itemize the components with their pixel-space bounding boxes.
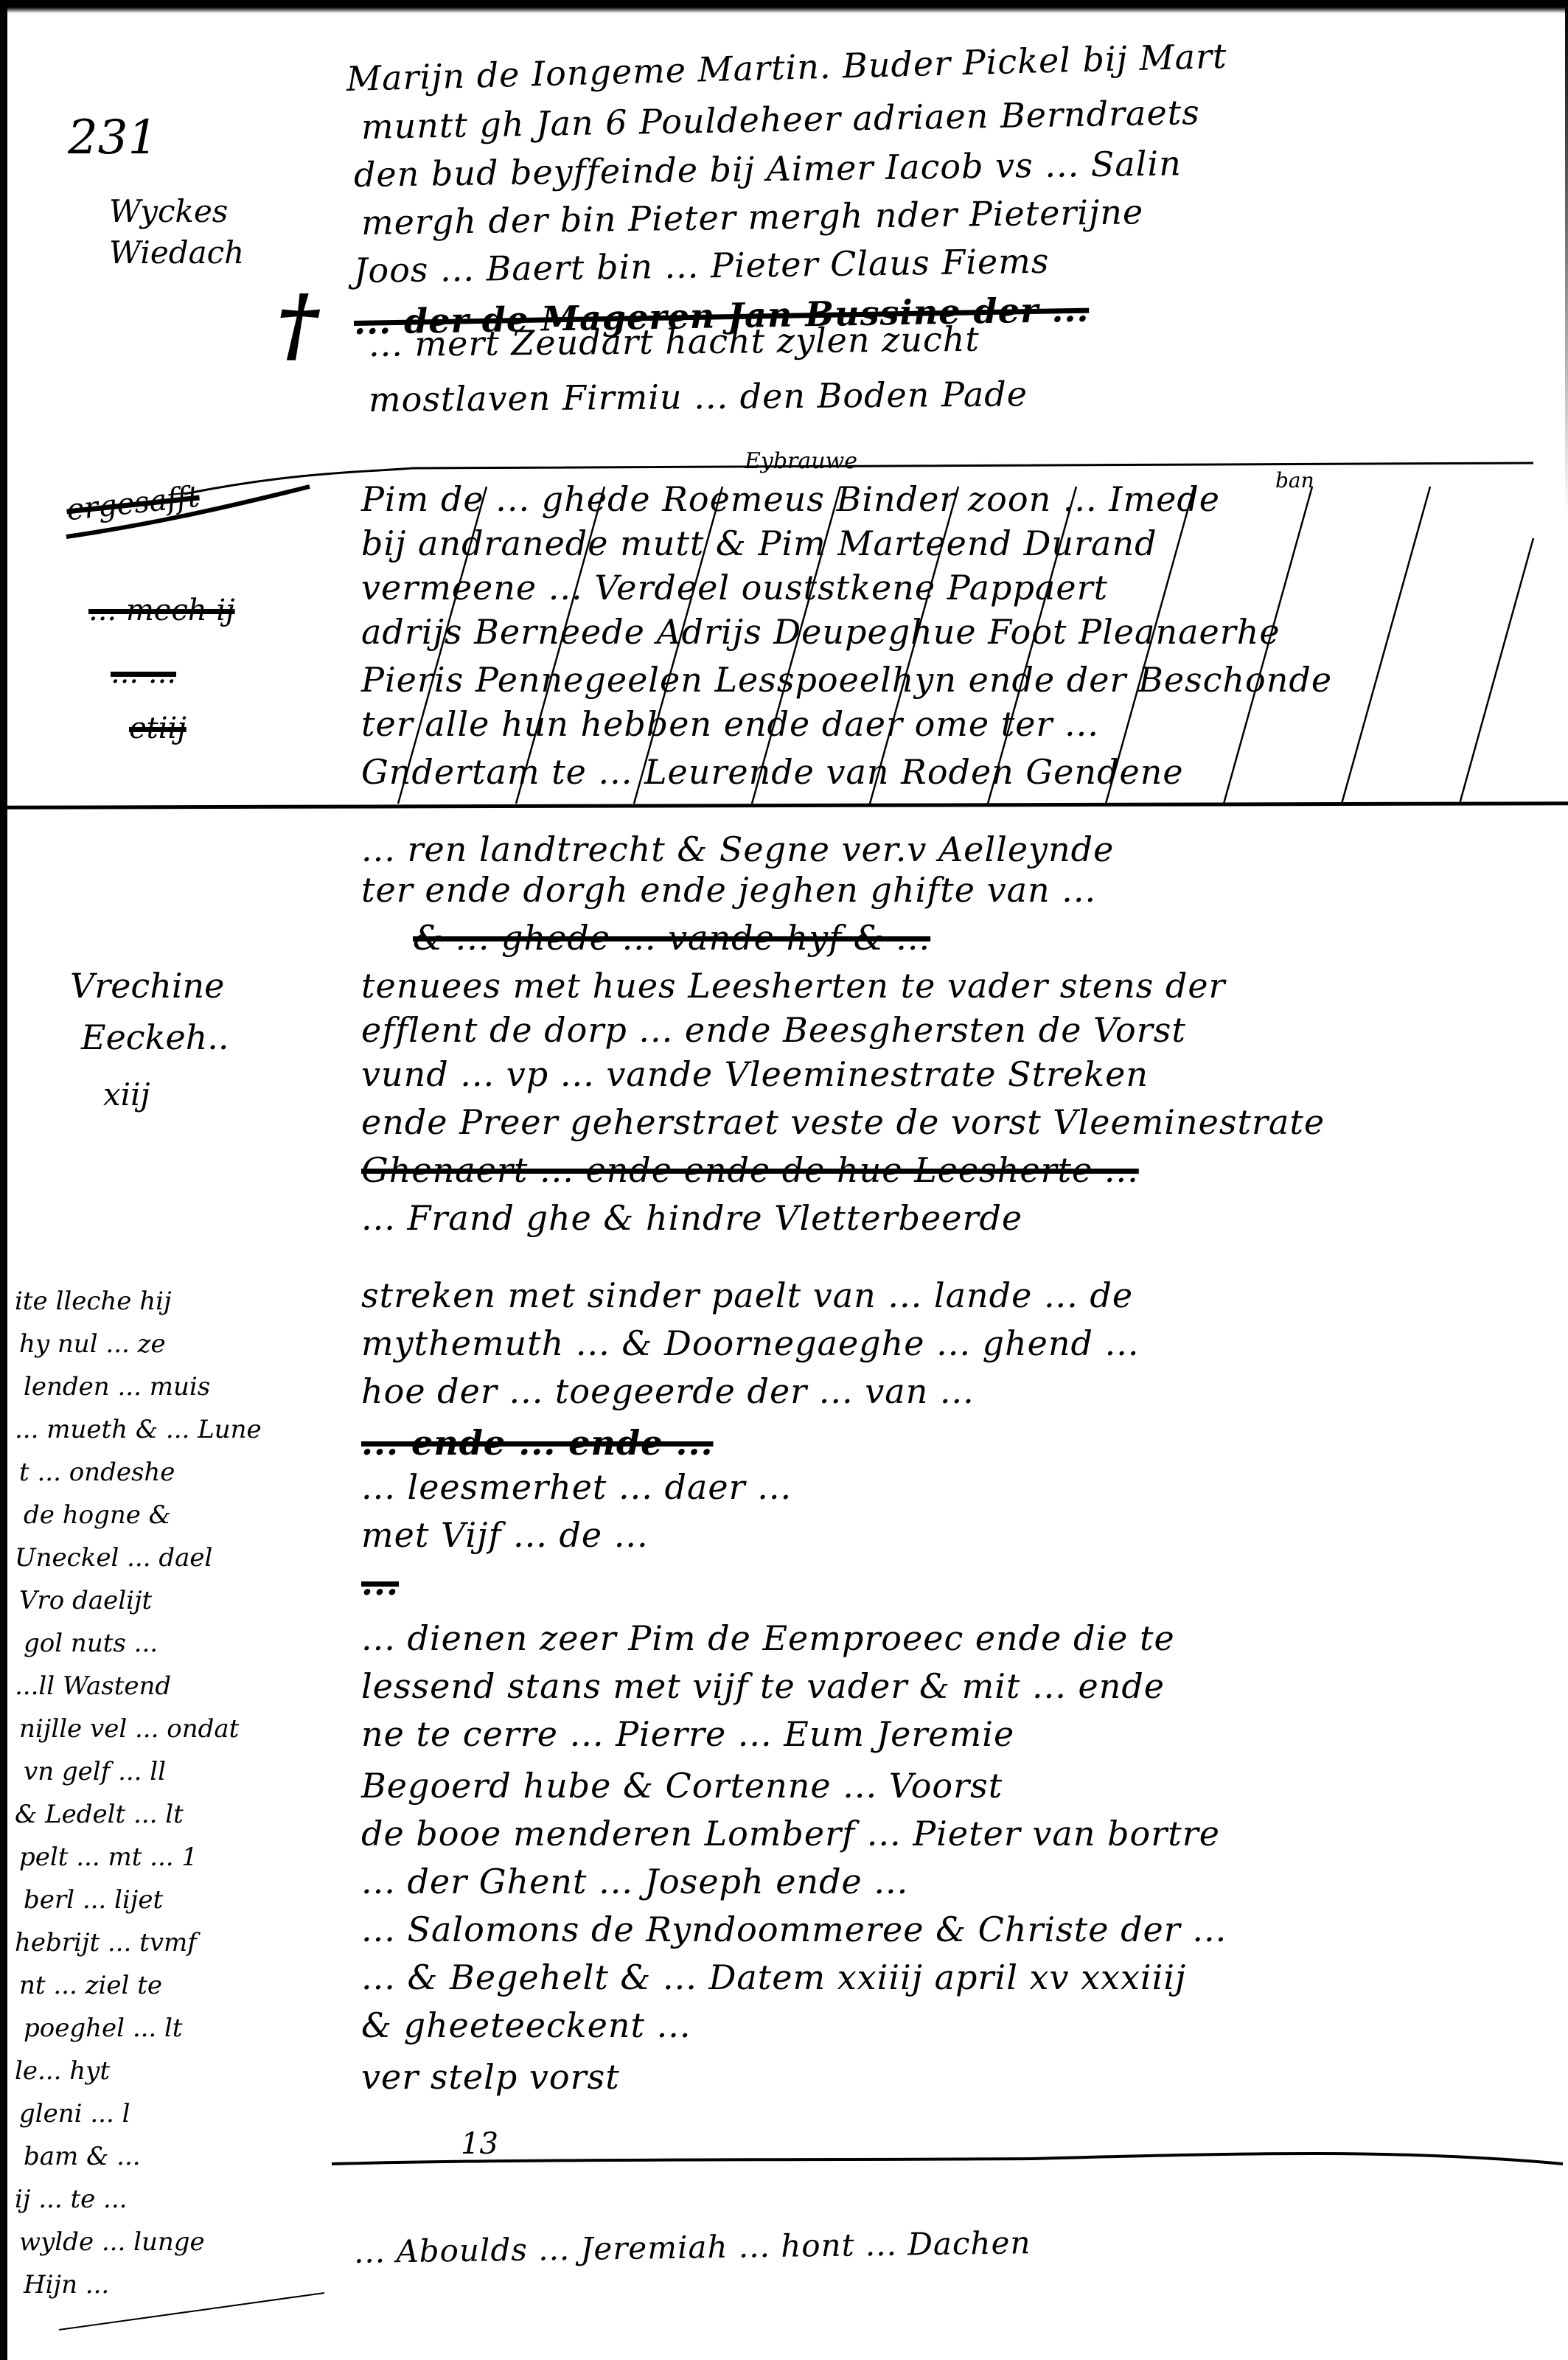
- entry-line: ende Preer geherstraet veste de vorst Vl…: [361, 1102, 1325, 1142]
- margin-annotation-line: lenden ... muis: [24, 1372, 210, 1402]
- footer-line: ... Aboulds ... Jeremiah ... hont ... Da…: [354, 2224, 1031, 2270]
- margin-annotation-line: nijlle vel ... ondat: [19, 1714, 239, 1744]
- margin-note-line: Wyckes: [109, 193, 228, 229]
- entry-line: Marijn de Iongeme Martin. Buder Pickel b…: [346, 36, 1227, 99]
- entry-line: met Vijf ... de ...: [361, 1515, 649, 1555]
- folio-number: 231: [68, 111, 158, 165]
- entry-line: ne te cerre ... Pierre ... Eum Jeremie: [361, 1714, 1014, 1754]
- margin-annotation-line: ij ... te ...: [15, 2185, 127, 2214]
- entry-line: mostlaven Firmiu ... den Boden Pade: [369, 374, 1028, 420]
- margin-annotation-line: bam & ...: [24, 2142, 141, 2171]
- struck-entry-line: Ghenaert ... ende ende de hue Leesherte …: [361, 1150, 1139, 1190]
- entry-line: ... ren landtrecht & Segne ver.v Aelleyn…: [361, 829, 1114, 869]
- entry-line: streken met sinder paelt van ... lande .…: [361, 1275, 1133, 1315]
- margin-annotation-line: ...ll Wastend: [15, 1671, 171, 1701]
- entry-line: adrijs Berneede Adrijs Deupeghue Foot Pl…: [361, 612, 1280, 652]
- entry-line: Pieris Pennegeelen Lesspoeelhyn ende der…: [361, 660, 1332, 700]
- margin-annotation-line: ite lleche hij: [15, 1287, 172, 1316]
- entry-line: ... Salomons de Ryndoommeree & Christe d…: [361, 1910, 1227, 1949]
- section-divider-line: [0, 801, 1568, 810]
- margin-annotation-line: & Ledelt ... lt: [15, 1800, 184, 1829]
- margin-annotation-line: hebrijt ... tvmf: [15, 1928, 197, 1957]
- entry-line: ... & Begehelt & ... Datem xxiiij april …: [361, 1957, 1186, 1997]
- entry-line: ... mert Zeudart hacht zylen zucht: [369, 319, 980, 364]
- interlinear-insertion: Eybrauwe: [745, 448, 857, 474]
- entry-line: ver stelp vorst: [361, 2057, 620, 2097]
- entry-line: ... dienen zeer Pim de Eemproeec ende di…: [361, 1618, 1175, 1658]
- margin-note-line: Wiedach: [109, 234, 244, 271]
- entry-line: vermeene ... Verdeel ouststkene Pappaert: [361, 568, 1108, 608]
- margin-annotation-line: hy nul ... ze: [19, 1329, 166, 1359]
- entry-line: ... leesmerhet ... daer ...: [361, 1467, 792, 1507]
- margin-number: 13: [461, 2127, 498, 2161]
- entry-line: Gndertam te ... Leurende van Roden Gende…: [361, 752, 1184, 792]
- margin-note-line: Eeckeh..: [81, 1017, 229, 1057]
- margin-note-line: Vrechine: [70, 966, 224, 1006]
- entry-line: de booe menderen Lomberf ... Pieter van …: [361, 1814, 1220, 1853]
- entry-line: muntt gh Jan 6 Pouldeheer adriaen Berndr…: [361, 92, 1201, 147]
- margin-note-struck: etiij: [129, 711, 187, 745]
- margin-annotation-line: berl ... lijet: [24, 1885, 163, 1915]
- margin-annotation-line: poeghel ... lt: [24, 2013, 183, 2043]
- margin-annotation-line: vn gelf ... ll: [24, 1757, 166, 1786]
- entry-line: mergh der bin Pieter mergh nder Pieterij…: [361, 192, 1144, 243]
- struck-entry-line: ...: [361, 1563, 1541, 1603]
- margin-note-struck: ... mech ij: [88, 594, 235, 627]
- page-top-edge: [0, 0, 1568, 13]
- margin-annotation-line: nt ... ziel te: [19, 1971, 162, 2000]
- margin-annotation-line: Uneckel ... dael: [15, 1543, 212, 1573]
- margin-note-line: xiij: [103, 1076, 150, 1113]
- entry-line: vund ... vp ... vande Vleeminestrate Str…: [361, 1054, 1149, 1094]
- entry-line: & gheeteeckent ...: [361, 2005, 691, 2045]
- page-left-edge: [0, 0, 7, 2360]
- entry-line: Joos ... Baert bin ... Pieter Claus Fiem…: [354, 241, 1050, 290]
- margin-annotation-line: Vro daelijt: [19, 1586, 152, 1615]
- entry-line: ... der Ghent ... Joseph ende ...: [361, 1862, 908, 1901]
- struck-entry-line: ... ende ... ende ...: [361, 1423, 713, 1463]
- entry-line: ter ende dorgh ende jeghen ghifte van ..…: [361, 870, 1096, 910]
- entry-line: hoe der ... toegeerde der ... van ...: [361, 1371, 975, 1411]
- page-right-edge: [1565, 0, 1568, 516]
- margin-annotation-line: gol nuts ...: [24, 1629, 158, 1658]
- margin-annotation-line: pelt ... mt ... 1: [19, 1842, 198, 1872]
- margin-note-struck: ergesafft: [65, 480, 201, 528]
- struck-entry-line: & ... ghede ... vande hyf & ...: [413, 918, 930, 958]
- margin-annotation-line: gleni ... l: [19, 2099, 130, 2128]
- interlinear-superscript: ban: [1275, 468, 1314, 492]
- entry-line: ter alle hun hebben ende daer ome ter ..…: [361, 704, 1099, 744]
- entry-line: tenuees met hues Leesherten te vader ste…: [361, 966, 1226, 1006]
- margin-annotation-line: de hogne &: [24, 1500, 171, 1530]
- entry-line: Pim de ... ghede Roemeus Binder zoon ...…: [361, 479, 1220, 519]
- entry-line: den bud beyffeinde bij Aimer Iacob vs ..…: [354, 143, 1182, 195]
- entry-line: efflent de dorp ... ende Beesghersten de…: [361, 1010, 1186, 1050]
- entry-line: bij andranede mutt & Pim Marteend Durand: [361, 523, 1157, 563]
- margin-annotation-line: ... mueth & ... Lune: [15, 1415, 262, 1444]
- margin-annotation-line: wylde ... lunge: [19, 2227, 205, 2257]
- entry-line: mythemuth ... & Doornegaeghe ... ghend .…: [361, 1323, 1139, 1363]
- margin-annotation-line: Hijn ...: [24, 2270, 109, 2300]
- entry-line: lessend stans met vijf te vader & mit ..…: [361, 1666, 1165, 1706]
- cross-mark-icon: †: [276, 276, 319, 372]
- margin-annotation-line: t ... ondeshe: [19, 1458, 175, 1487]
- margin-annotation-line: le... hyt: [15, 2056, 110, 2086]
- entry-line: ... Frand ghe & hindre Vletterbeerde: [361, 1198, 1022, 1238]
- manuscript-page: 231 Wyckes Wiedach † Marijn de Iongeme M…: [0, 0, 1568, 2360]
- margin-note-struck: ... ...: [111, 656, 176, 690]
- entry-line: Begoerd hube & Cortenne ... Voorst: [361, 1766, 1003, 1806]
